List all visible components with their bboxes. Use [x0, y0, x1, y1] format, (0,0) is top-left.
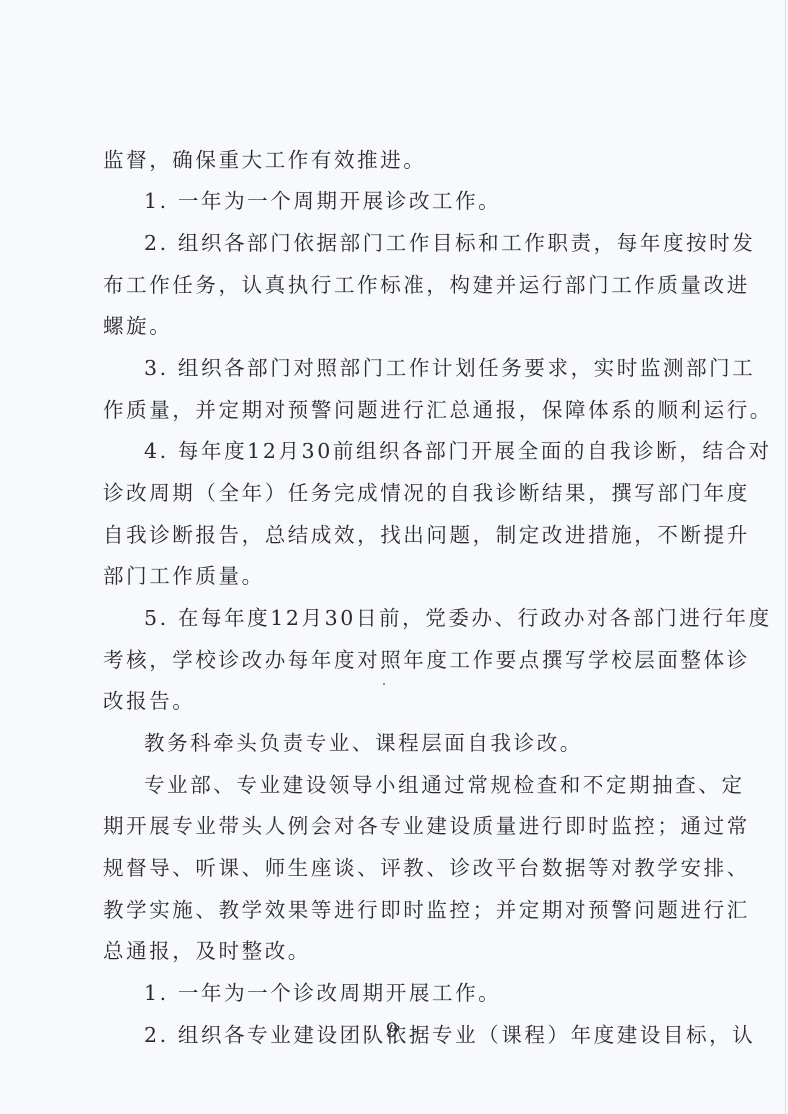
text-line: 考核，学校诊改办每年度对照年度工作要点撰写学校层面整体诊 — [103, 645, 750, 675]
text-line: 1. 一年为一个周期开展诊改工作。 — [144, 186, 501, 216]
page-number: - 9 - — [0, 1018, 788, 1042]
text-line: 教务科牵头负责专业、课程层面自我诊改。 — [144, 728, 583, 758]
text-line: 自我诊断报告，总结成效，找出问题，制定改进措施，不断提升 — [103, 520, 750, 550]
text-line: 3. 组织各部门对照部门工作计划任务要求，实时监测部门工 — [144, 353, 755, 383]
text-line: 期开展专业带头人例会对各专业建设质量进行即时监控；通过常 — [103, 811, 750, 841]
scan-artifact — [383, 683, 385, 685]
text-line: 教学实施、教学效果等进行即时监控；并定期对预警问题进行汇 — [103, 895, 750, 925]
text-line: 4. 每年度12月30前组织各部门开展全面的自我诊断，结合对 — [144, 436, 772, 466]
text-line: 布工作任务，认真执行工作标准，构建并运行部门工作质量改进 — [103, 270, 750, 300]
text-line: 部门工作质量。 — [103, 561, 265, 591]
text-line: 总通报，及时整改。 — [103, 936, 311, 966]
text-line: 2. 组织各部门依据部门工作目标和工作职责，每年度按时发 — [144, 228, 755, 258]
text-line: 5. 在每年度12月30日前，党委办、行政办对各部门进行年度 — [144, 603, 772, 633]
text-line: 螺旋。 — [103, 311, 172, 341]
text-line: 作质量，并定期对预警问题进行汇总通报，保障体系的顺利运行。 — [103, 395, 773, 425]
text-line: 1. 一年为一个诊改周期开展工作。 — [144, 978, 501, 1008]
text-line: 规督导、听课、师生座谈、评教、诊改平台数据等对教学安排、 — [103, 853, 750, 883]
text-line: 专业部、专业建设领导小组通过常规检查和不定期抽查、定 — [144, 770, 745, 800]
text-line: 诊改周期（全年）任务完成情况的自我诊断结果，撰写部门年度 — [103, 478, 750, 508]
document-page: 监督，确保重大工作有效推进。1. 一年为一个周期开展诊改工作。2. 组织各部门依… — [0, 0, 788, 1114]
text-line: 改报告。 — [103, 686, 195, 716]
text-line: 监督，确保重大工作有效推进。 — [103, 145, 426, 175]
page-edge — [785, 0, 786, 1114]
